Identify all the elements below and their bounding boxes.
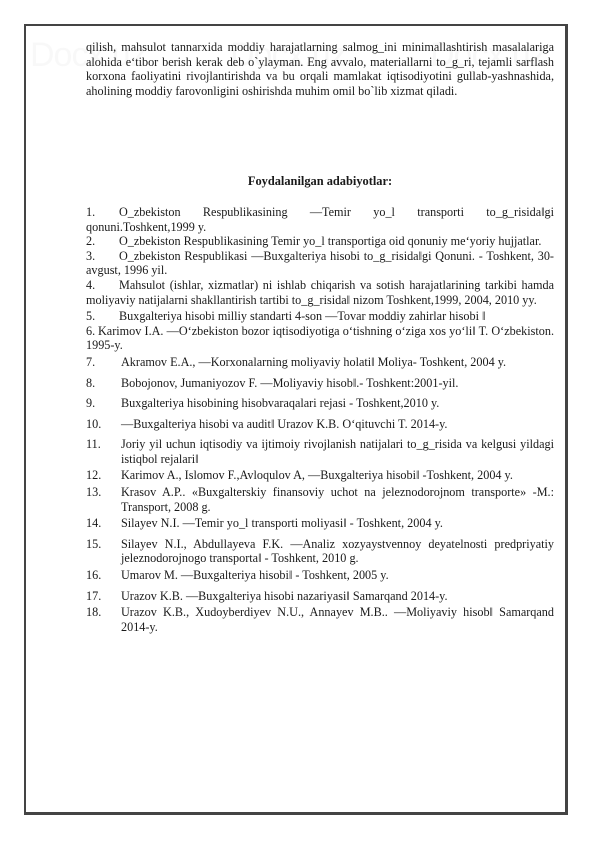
reference-item: 9.Buxgalteriya hisobining hisobvaraqalar… — [86, 396, 554, 411]
reference-item: 8.Bobojonov, Jumaniyozov F. —Moliyaviy h… — [86, 376, 554, 391]
reference-item: 2.O_zbekiston Respublikasining Temir yo_… — [86, 234, 554, 249]
intro-paragraph: qilish, mahsulot tannarxida moddiy haraj… — [86, 40, 554, 98]
reference-item: 4.Mahsulot (ishlar, xizmatlar) ni ishlab… — [86, 278, 554, 307]
references-list: 1.O_zbekiston Respublikasining —Temir yo… — [86, 205, 554, 634]
reference-item: 15.Silayev N.I., Abdullayeva F.K. —Anali… — [86, 537, 554, 566]
reference-item: 6.Karimov I.A. —O‘zbekiston bozor iqtiso… — [86, 324, 554, 353]
reference-item: 11.Joriy yil uchun iqtisodiy va ijtimoiy… — [86, 437, 554, 466]
reference-item: 1.O_zbekiston Respublikasining —Temir yo… — [86, 205, 554, 234]
reference-item: 5.Buxgalteriya hisobi milliy standarti 4… — [86, 309, 554, 324]
reference-item: 7.Akramov E.A., —Korxonalarning moliyavi… — [86, 355, 554, 370]
reference-item: 14.Silayev N.I. —Temir yo_l transporti m… — [86, 516, 554, 531]
reference-item: 17.Urazov K.B. —Buxgalteriya hisobi naza… — [86, 589, 554, 604]
reference-item: 12.Karimov A., Islomov F.,Avloqulov A, —… — [86, 468, 554, 483]
reference-item: 13.Krasov A.P.. «Buxgalterskiy finansovi… — [86, 485, 554, 514]
reference-item: 10.—Buxgalteriya hisobi va audit‖ Urazov… — [86, 417, 554, 432]
reference-item: 18.Urazov K.B., Xudoyberdiyev N.U., Anna… — [86, 605, 554, 634]
reference-item: 3.O_zbekiston Respublikasi —Buxgalteriya… — [86, 249, 554, 278]
references-title: Foydalanilgan adabiyotlar: — [86, 174, 554, 189]
reference-item: 16.Umarov M. —Buxgalteriya hisobi‖ - Tos… — [86, 568, 554, 583]
document-body: qilish, mahsulot tannarxida moddiy haraj… — [86, 40, 554, 634]
